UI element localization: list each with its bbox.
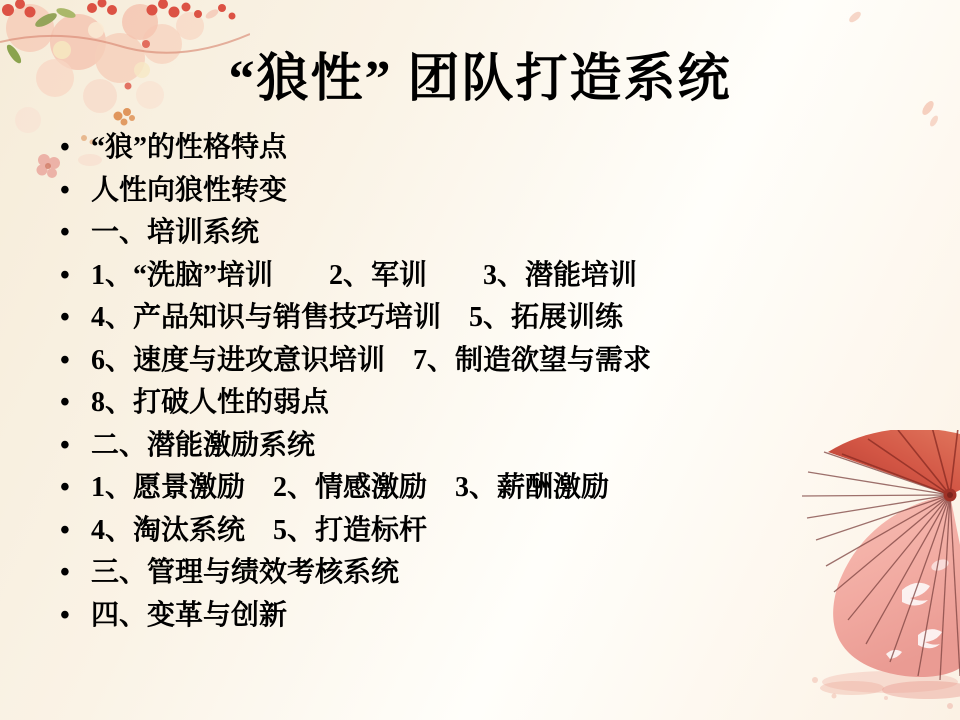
- presentation-slide: “狼性” 团队打造系统 “狼”的性格特点 人性向狼性转变 一、培训系统 1、“洗…: [0, 0, 960, 720]
- list-item-text: 二、潜能激励系统: [91, 430, 315, 461]
- list-item-text: 人性向狼性转变: [91, 175, 287, 206]
- list-item-text: 4、淘汰系统 5、打造标杆: [91, 515, 427, 546]
- list-item-text: 三、管理与绩效考核系统: [91, 557, 399, 588]
- list-item: 一、培训系统: [58, 212, 930, 255]
- list-item: “狼”的性格特点: [58, 127, 930, 170]
- list-item-text: 4、产品知识与销售技巧培训 5、拓展训练: [91, 302, 623, 333]
- list-item-text: “狼”的性格特点: [91, 132, 287, 163]
- list-item: 4、产品知识与销售技巧培训 5、拓展训练: [58, 297, 930, 340]
- bullet-list: “狼”的性格特点 人性向狼性转变 一、培训系统 1、“洗脑”培训 2、军训 3、…: [58, 127, 930, 637]
- list-item: 1、愿景激励 2、情感激励 3、薪酬激励: [58, 467, 930, 510]
- list-item-text: 四、变革与创新: [91, 600, 287, 631]
- slide-title: “狼性” 团队打造系统: [0, 36, 960, 111]
- list-item: 6、速度与进攻意识培训 7、制造欲望与需求: [58, 340, 930, 383]
- list-item: 四、变革与创新: [58, 595, 930, 638]
- petal-icon: [845, 8, 865, 26]
- list-item: 二、潜能激励系统: [58, 425, 930, 468]
- list-item-text: 8、打破人性的弱点: [91, 387, 329, 418]
- list-item: 8、打破人性的弱点: [58, 382, 930, 425]
- list-item: 人性向狼性转变: [58, 170, 930, 213]
- list-item-text: 一、培训系统: [91, 217, 259, 248]
- list-item-text: 1、“洗脑”培训 2、军训 3、潜能培训: [91, 260, 637, 291]
- list-item-text: 1、愿景激励 2、情感激励 3、薪酬激励: [91, 472, 609, 503]
- list-item: 1、“洗脑”培训 2、军训 3、潜能培训: [58, 255, 930, 298]
- list-item: 4、淘汰系统 5、打造标杆: [58, 510, 930, 553]
- list-item-text: 6、速度与进攻意识培训 7、制造欲望与需求: [91, 345, 651, 376]
- list-item: 三、管理与绩效考核系统: [58, 552, 930, 595]
